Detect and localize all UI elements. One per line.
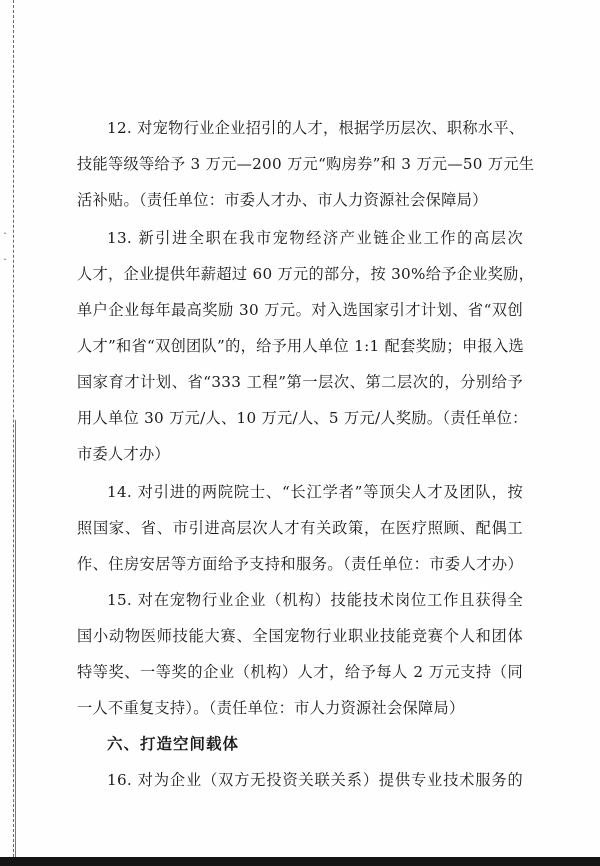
paragraph-14-line-1: 14. 对引进的两院院士、“长江学者”等顶尖人才及团队，按 — [107, 481, 523, 503]
paragraph-12-line-2: 技能等级等给予 3 万元—200 万元“购房券”和 3 万元—50 万元生 — [77, 153, 523, 175]
paragraph-15-line-1: 15. 对在宠物行业企业（机构）技能技术岗位工作且获得全 — [107, 589, 523, 611]
viewer-bottom-bar — [0, 857, 600, 866]
paragraph-13-line-5: 国家育才计划、省“333 工程”第一层次、第二层次的，分别给予 — [77, 371, 523, 393]
paragraph-12-line-1: 12. 对宠物行业企业招引的人才，根据学历层次、职称水平、 — [107, 117, 523, 139]
binding-margin-line-lower — [15, 420, 16, 857]
paragraph-13-line-1: 13. 新引进全职在我市宠物经济产业链企业工作的高层次 — [107, 227, 523, 249]
scan-mark: ˇ — [3, 258, 7, 267]
paragraph-15-line-2: 国小动物医师技能大赛、全国宠物行业职业技能竞赛个人和团体 — [77, 625, 523, 647]
paragraph-13-line-6: 用人单位 30 万元/人、10 万元/人、5 万元/人奖励。（责任单位： — [77, 407, 523, 429]
paragraph-13-line-3: 单户企业每年最高奖励 30 万元。对入选国家引才计划、省“双创 — [77, 299, 523, 321]
paragraph-15-line-4: 一人不重复支持）。（责任单位：市人力资源社会保障局） — [77, 697, 523, 719]
binding-margin-line — [13, 0, 14, 857]
paragraph-14-line-3: 作、住房安居等方面给予支持和服务。（责任单位：市委人才办） — [77, 553, 523, 575]
paragraph-14-line-2: 照国家、省、市引进高层次人才有关政策，在医疗照顾、配偶工 — [77, 517, 523, 539]
section-heading: 六、打造空间载体 — [107, 733, 239, 755]
document-page: ˆ ˇ 12. 对宠物行业企业招引的人才，根据学历层次、职称水平、 技能等级等给… — [0, 0, 600, 857]
paragraph-15-line-3: 特等奖、一等奖的企业（机构）人才，给予每人 2 万元支持（同 — [77, 661, 523, 683]
paragraph-16-line-1: 16. 对为企业（双方无投资关联关系）提供专业技术服务的 — [107, 769, 523, 791]
paragraph-13-line-7: 市委人才办） — [77, 443, 523, 465]
paragraph-13-line-2: 人才，企业提供年薪超过 60 万元的部分，按 30%给予企业奖励， — [77, 263, 523, 285]
paragraph-13-line-4: 人才”和省“双创团队”的，给予用人单位 1:1 配套奖励；申报入选 — [77, 335, 523, 357]
scan-mark: ˆ — [3, 232, 7, 241]
paragraph-12-line-3: 活补贴。（责任单位：市委人才办、市人力资源社会保障局） — [77, 189, 523, 211]
